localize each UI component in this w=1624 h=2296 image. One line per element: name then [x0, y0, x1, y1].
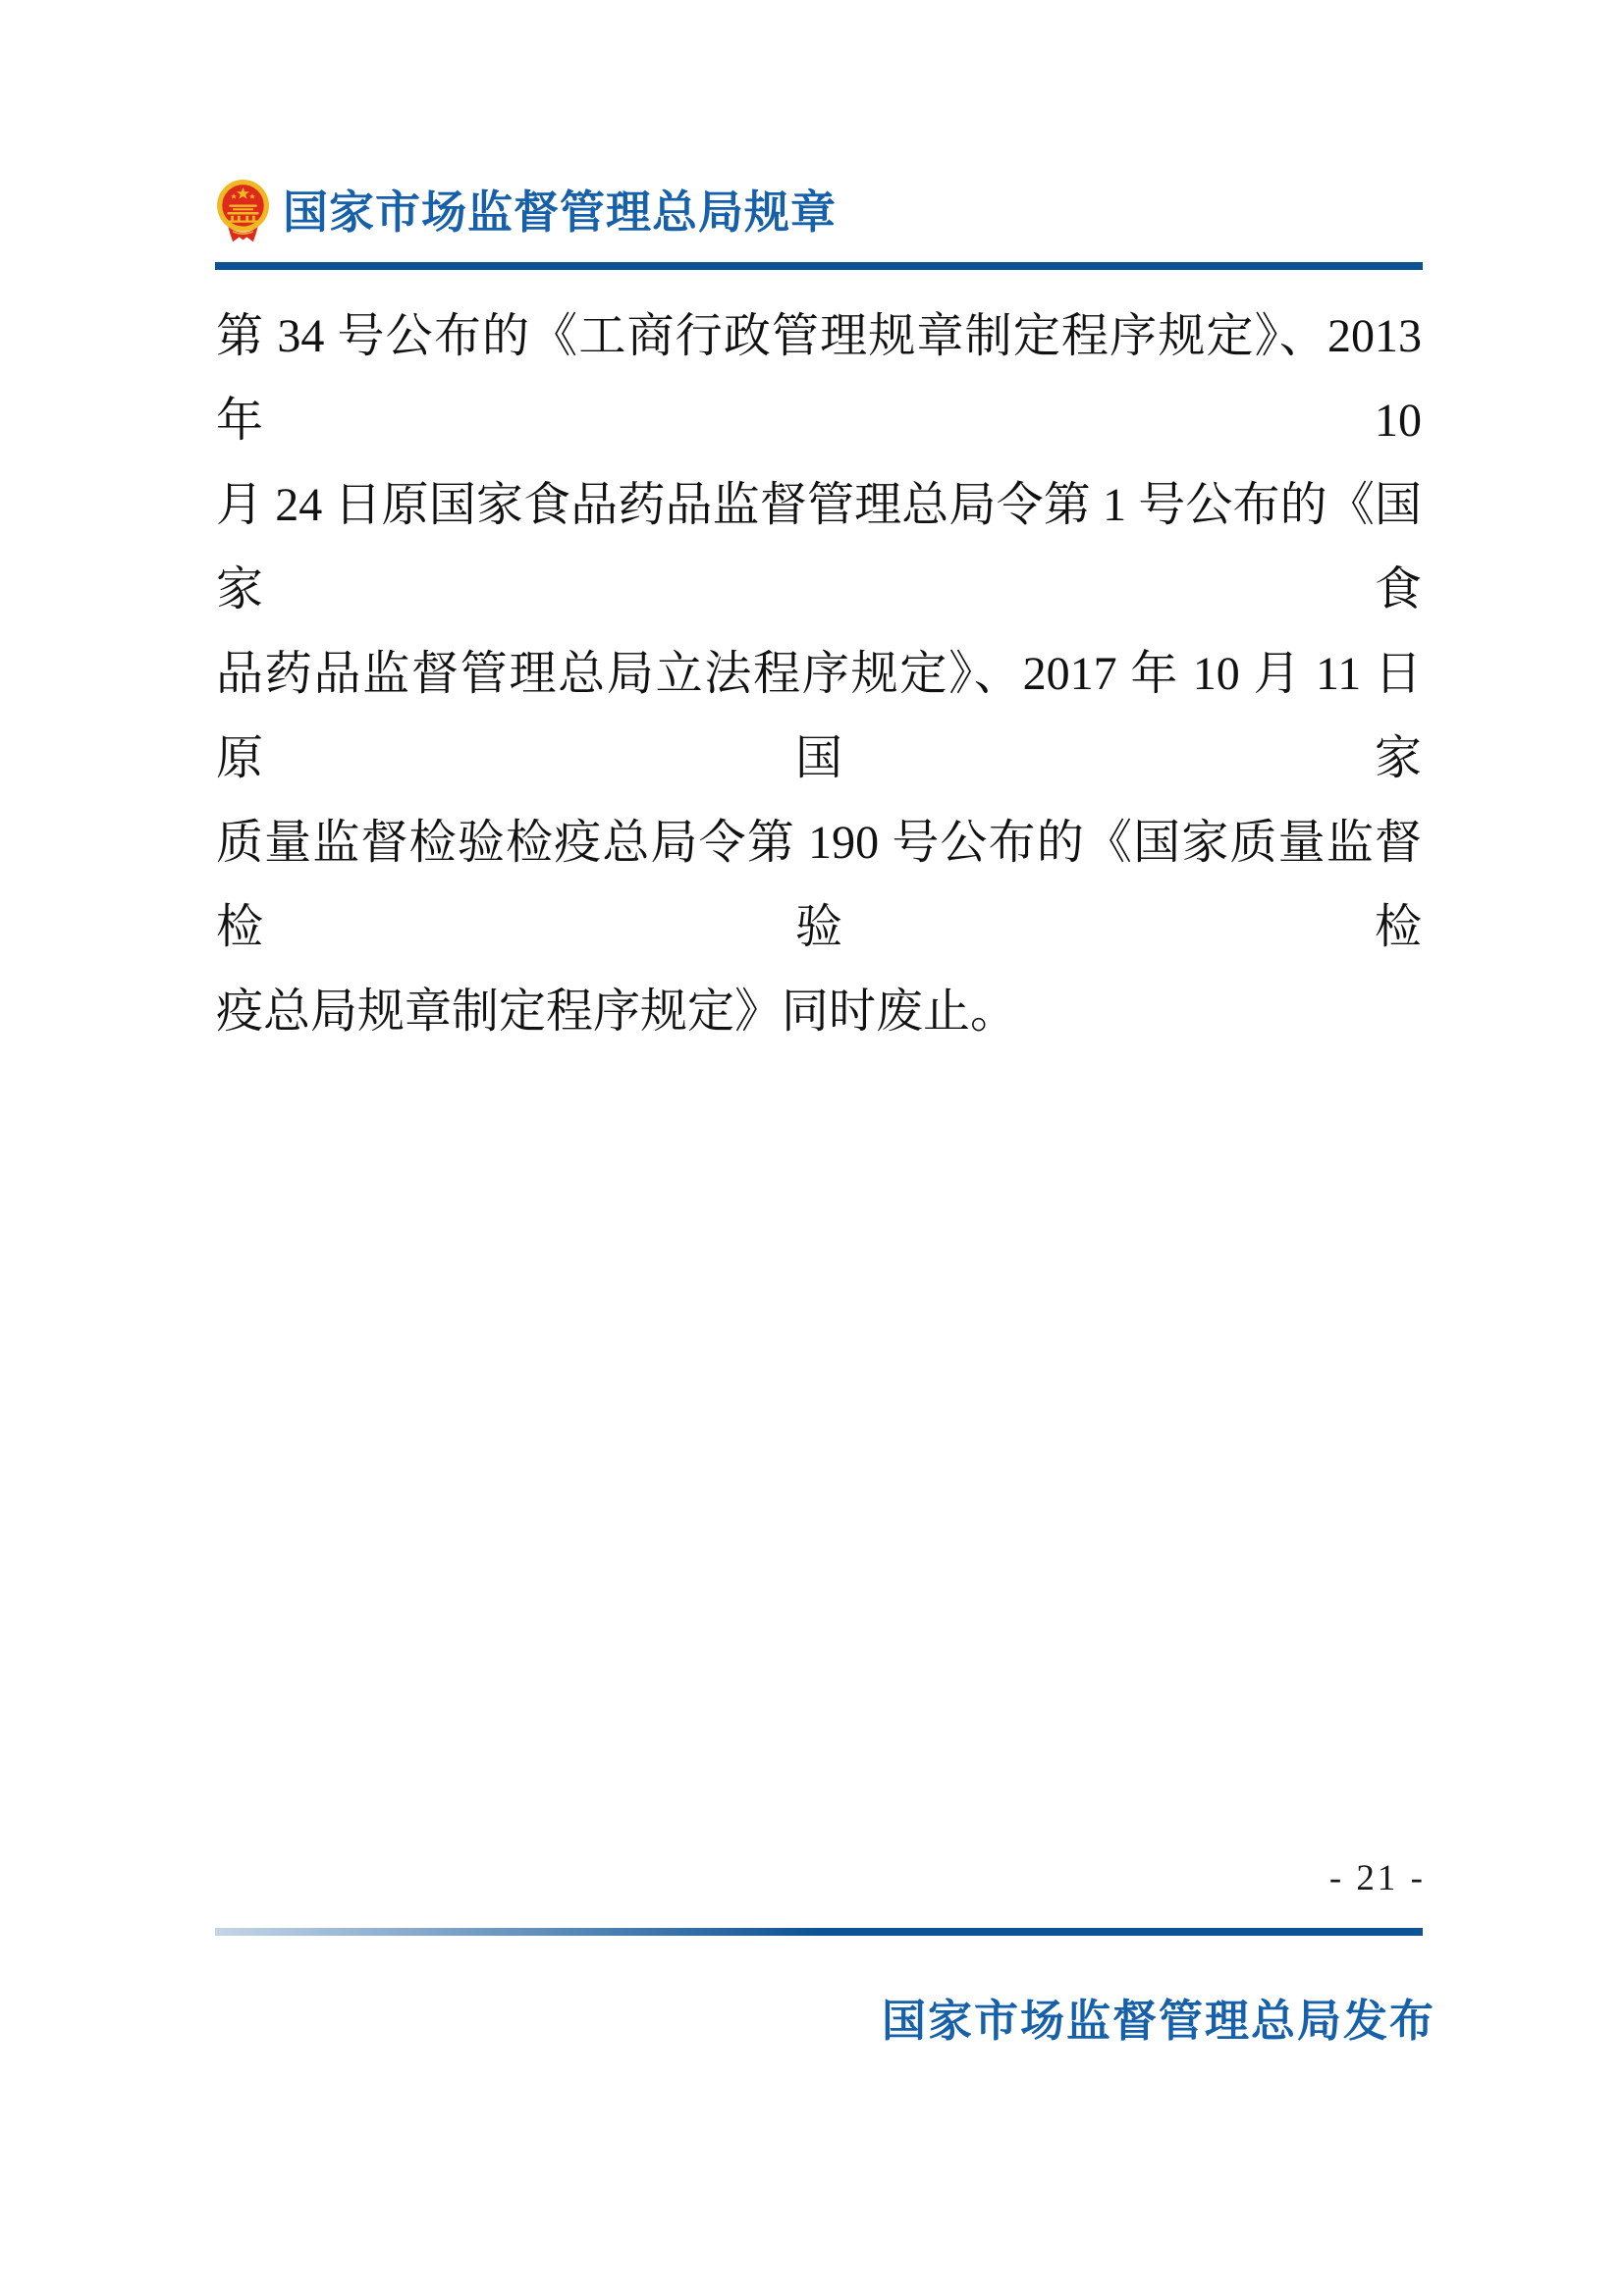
- regulation-paragraph: 第 34 号公布的《工商行政管理规章制定程序规定》、2013 年 10 月 24…: [216, 294, 1422, 1054]
- header-divider: [215, 262, 1423, 270]
- paragraph-line: 疫总局规章制定程序规定》同时废止。: [216, 970, 1422, 1054]
- page-header: 国家市场监督管理总局规章: [215, 179, 837, 245]
- page-number: - 21 -: [1178, 1857, 1426, 1899]
- china-national-emblem-icon: [215, 179, 271, 245]
- paragraph-line: 月 24 日原国家食品药品监督管理总局令第 1 号公布的《国家食: [216, 463, 1422, 632]
- footer-divider: [215, 1928, 1423, 1936]
- page-title: 国家市场监督管理总局规章: [283, 189, 837, 235]
- paragraph-line: 质量监督检验检疫总局令第 190 号公布的《国家质量监督检验检: [216, 801, 1422, 970]
- publisher-line: 国家市场监督管理总局发布: [882, 1997, 1435, 2046]
- paragraph-line: 第 34 号公布的《工商行政管理规章制定程序规定》、2013 年 10: [216, 294, 1422, 463]
- document-page: 国家市场监督管理总局规章 第 34 号公布的《工商行政管理规章制定程序规定》、2…: [0, 0, 1624, 2296]
- paragraph-line: 品药品监督管理总局立法程序规定》、2017 年 10 月 11 日原国家: [216, 632, 1422, 801]
